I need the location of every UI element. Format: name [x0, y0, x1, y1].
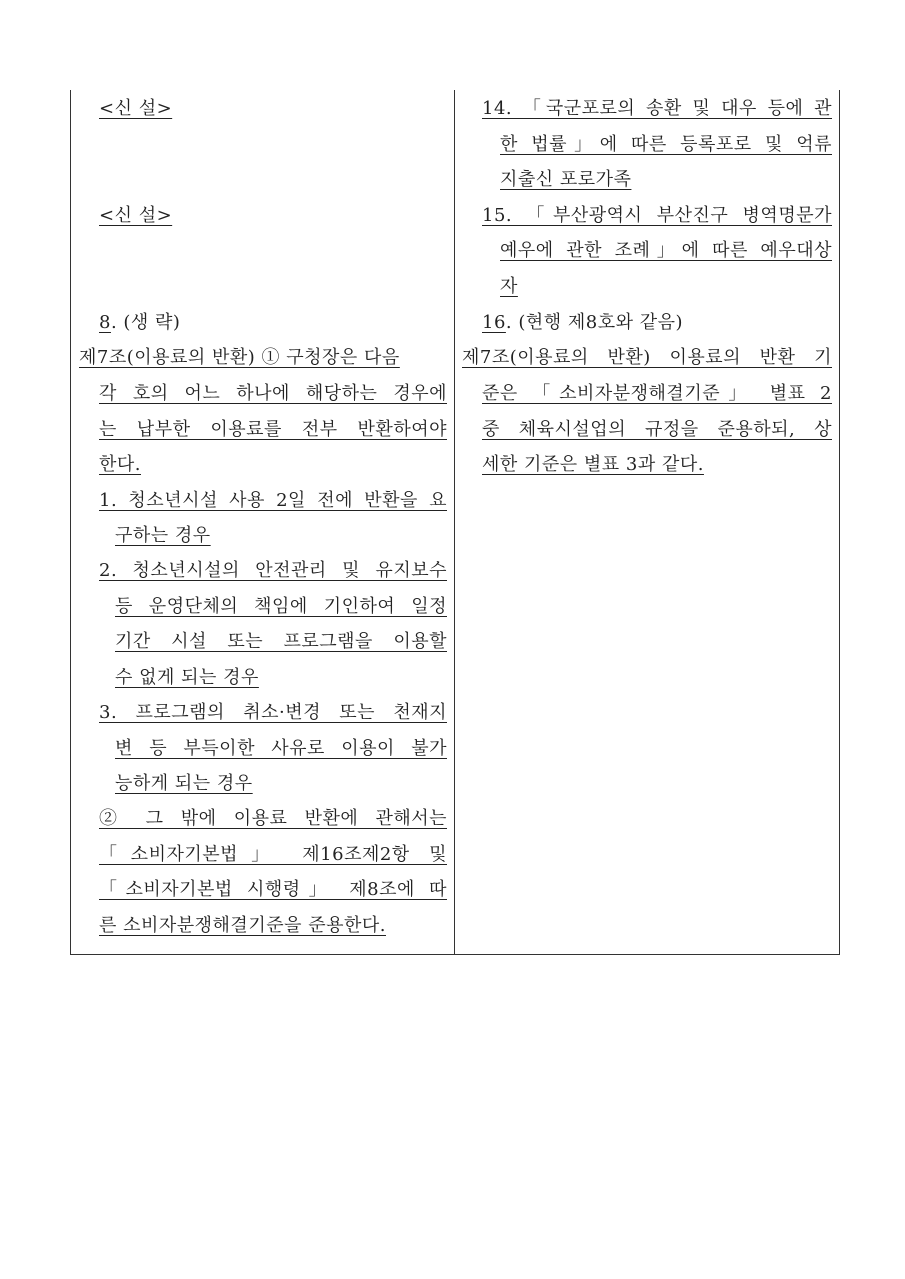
para-2-line3: 「소비자기본법 시행령」 제8조에 따 — [99, 879, 447, 901]
para-2-line1: ② 그 밖에 이용료 반환에 관해서는 — [99, 808, 447, 830]
article-7-right-line1: 제7조(이용료의 반환) 이용료의 반환 기 — [462, 347, 832, 369]
article-7-para1-line4: 한다. — [99, 454, 141, 476]
item-1-line1: 1. 청소년시설 사용 2일 전에 반환을 요 — [99, 490, 447, 512]
article-7-right-line3: 중 체육시설업의 규정을 준용하되, 상 — [482, 419, 832, 441]
item-8-omitted: 8. (생 략) — [99, 312, 180, 334]
item-14-line3: 지출신 포로가족 — [500, 169, 631, 191]
comparison-table: <신 설> <신 설> 8. (생 략) 제7조(이용료의 반환) ① 구청장은… — [70, 90, 840, 955]
article-7-para1-line3: 는 납부한 이용료를 전부 반환하여야 — [99, 419, 447, 441]
para-2-line2: 「소비자기본법」 제16조제2항 및 — [99, 844, 447, 866]
article-7-heading: 제7조(이용료의 반환) ① 구청장은 다음 — [79, 347, 447, 369]
item-16-text: . (현행 제8호와 같음) — [506, 312, 683, 333]
item-14-line2: 한 법률」에 따른 등록포로 및 억류 — [500, 134, 832, 156]
item-1-line2: 구하는 경우 — [115, 525, 211, 547]
item-15-line2: 예우에 관한 조례」에 따른 예우대상 — [500, 240, 832, 262]
item-2-line4: 수 없게 되는 경우 — [115, 667, 259, 689]
article-7-para1-line2: 각 호의 어느 하나에 해당하는 경우에 — [99, 383, 447, 405]
item-16-number: 16 — [482, 312, 506, 333]
item-2-line1: 2. 청소년시설의 안전관리 및 유지보수 — [99, 560, 447, 582]
item-2-line2: 등 운영단체의 책임에 기인하여 일정 — [115, 596, 447, 618]
item-2-line3: 기간 시설 또는 프로그램을 이용할 — [115, 631, 447, 653]
new-clause-placeholder-2: <신 설> — [99, 205, 172, 227]
article-7-right-line4: 세한 기준은 별표 3과 같다. — [482, 454, 704, 476]
item-3-line3: 능하게 되는 경우 — [115, 773, 253, 795]
column-divider — [454, 90, 455, 954]
item-15-line3: 자 — [500, 276, 518, 298]
item-3-line2: 변 등 부득이한 사유로 이용이 불가 — [115, 738, 447, 760]
new-clause-placeholder-1: <신 설> — [99, 98, 172, 120]
para-2-line4: 른 소비자분쟁해결기준을 준용한다. — [99, 915, 386, 937]
item-14-line1: 14. 「국군포로의 송환 및 대우 등에 관 — [482, 98, 832, 120]
item-15-line1: 15. 「부산광역시 부산진구 병역명문가 — [482, 205, 832, 227]
item-8-text: . (생 략) — [111, 312, 181, 333]
item-16-same-as-current: 16. (현행 제8호와 같음) — [482, 312, 683, 334]
item-3-line1: 3. 프로그램의 취소·변경 또는 천재지 — [99, 702, 447, 724]
item-8-number: 8 — [99, 312, 111, 333]
article-7-right-line2: 준은 「소비자분쟁해결기준」 별표 2 — [482, 383, 832, 405]
